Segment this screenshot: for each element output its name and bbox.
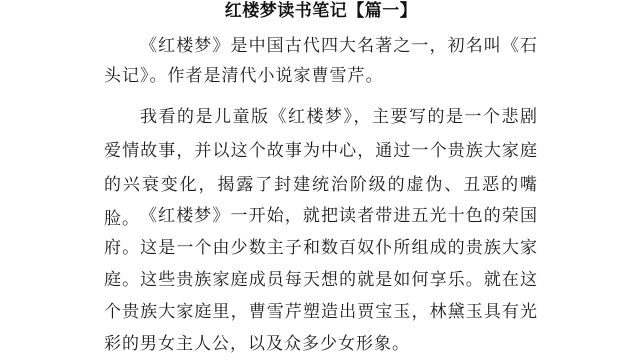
paragraph-detail: 《红楼梦》一开始，就把读者带进五光十色的荣国府。这是一个由少数主子和数百奴仆所组… [104,200,538,360]
document-title: 红楼梦读书笔记【篇一】 [104,0,538,22]
paragraph-intro: 《红楼梦》是中国古代四大名著之一，初名叫《石头记》。作者是清代小说家曹雪芹。 [104,31,538,91]
